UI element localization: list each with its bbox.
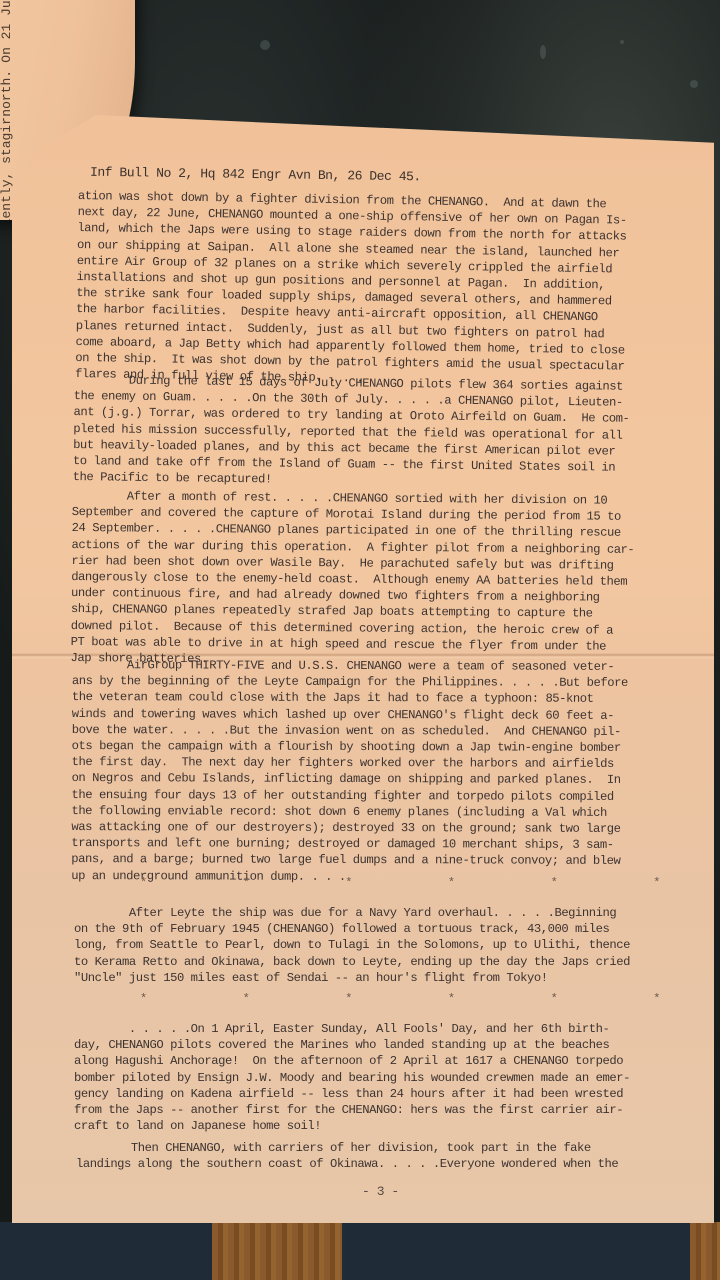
paragraph: . . . . .On 1 April, Easter Sunday, All … [74,1021,630,1134]
text-line: to Kerama Retto and Okinawa, back down t… [74,954,630,970]
text-line: transports and left one burning; destroy… [71,835,627,853]
granite-speck [540,45,546,59]
section-separator: ****** [140,876,660,890]
paragraph: AirGroup THIRTY-FIVE and U.S.S. CHENANGO… [71,657,628,886]
text-line: the first day. The next day her fighters… [72,754,628,772]
text-line: AirGroup THIRTY-FIVE and U.S.S. CHENANGO… [72,657,628,675]
separator-star: * [140,876,147,890]
floor [0,1222,720,1280]
text-line: ots began the campaign with a flourish b… [72,738,628,756]
wood-floor-strip [690,1222,720,1280]
separator-star: * [345,992,352,1006]
wood-floor-strip [212,1222,342,1280]
text-line: Then CHENANGO, with carriers of her divi… [76,1140,618,1156]
text-line: day, CHENANGO pilots covered the Marines… [74,1037,630,1053]
paragraph: Then CHENANGO, with carriers of her divi… [76,1140,618,1172]
previous-page-line: violently, stagir [0,117,13,220]
text-line: "Uncle" just 150 miles east of Sendai --… [74,970,630,986]
granite-speck [260,40,270,50]
text-line: winds and towering waves which lashed up… [72,706,628,724]
text-line: the veteran team could close with the Ja… [72,689,628,707]
separator-star: * [448,992,455,1006]
text-line: from the Japs -- another first for the C… [74,1102,630,1118]
separator-star: * [653,992,660,1006]
text-line: the ensuing four days 13 of her outstand… [71,787,627,805]
paragraph: After a month of rest. . . . .CHENANGO s… [70,488,634,671]
text-line: After Leyte the ship was due for a Navy … [74,905,630,921]
previous-page-line: north. [0,70,13,117]
separator-star: * [551,876,558,890]
page-number: - 3 - [362,1184,399,1199]
text-line: pans, and a barge; burned two large fuel… [71,851,627,869]
paragraph: During the last 15 days of July CHENANGO… [73,372,630,492]
text-line: gency landing on Kadena airfield -- less… [74,1086,630,1102]
text-line: ans by the beginning of the Leyte Campai… [72,673,628,691]
separator-star: * [551,992,558,1006]
separator-star: * [243,876,250,890]
text-line: on the 9th of February 1945 (CHENANGO) f… [74,921,630,937]
text-line: along Hagushi Anchorage! On the afternoo… [74,1053,630,1069]
text-line: craft to land on Japanese home soil! [74,1118,630,1134]
text-line: landings along the southern coast of Oki… [76,1156,618,1172]
text-line: long, from Seattle to Pearl, down to Tul… [74,937,630,953]
separator-star: * [140,992,147,1006]
previous-page-text: ports and supptonous routine aviolently,… [0,0,15,220]
separator-star: * [448,876,455,890]
text-line: on Negros and Cebu Islands, inflicting d… [72,770,628,788]
separator-star: * [243,992,250,1006]
separator-star: * [653,876,660,890]
text-line: the following enviable record: shot down… [71,803,627,821]
separator-star: * [345,876,352,890]
text-line: . . . . .On 1 April, Easter Sunday, All … [74,1021,630,1037]
granite-speck [690,80,698,88]
section-separator: ****** [140,992,660,1006]
previous-page-line: On 21 Ju [0,0,13,62]
paragraph: After Leyte the ship was due for a Navy … [74,905,630,986]
text-line: bove the water. . . . .But the invasion … [72,722,628,740]
paragraph: ation was shot down by a fighter divisio… [75,188,627,391]
granite-speck [620,40,624,44]
previous-page-line [0,62,13,70]
text-line: was attacking one of our destroyers); de… [71,819,627,837]
text-line: bomber piloted by Ensign J.W. Moody and … [74,1070,630,1086]
